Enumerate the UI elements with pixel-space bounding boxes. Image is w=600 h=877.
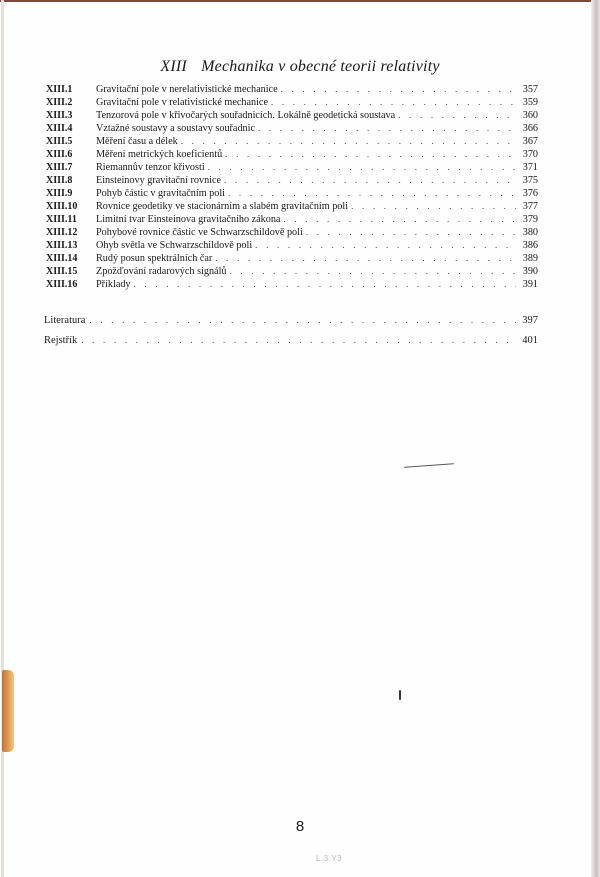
dot-leader: . . . . . . . . . . . . . . . . . . . . … bbox=[230, 265, 517, 278]
section-number: XIII.10 bbox=[46, 200, 96, 213]
dot-leader: . . . . . . . . . . . . . . . . . . . . … bbox=[258, 122, 516, 135]
toc-entry[interactable]: XIII.10Rovnice geodetiky ve stacionárním… bbox=[46, 200, 538, 213]
toc-entry[interactable]: XIII.15Zpožďování radarových signálů. . … bbox=[46, 265, 538, 278]
entry-page-number: 391 bbox=[516, 278, 538, 291]
toc-entry[interactable]: XIII.4Vztažné soustavy a soustavy souřad… bbox=[46, 122, 538, 135]
entry-title: Zpožďování radarových signálů bbox=[96, 265, 230, 278]
entry-page-number: 390 bbox=[516, 265, 538, 278]
section-number: XIII.12 bbox=[46, 226, 96, 239]
toc-entry[interactable]: XIII.14Rudý posun spektrálních čar. . . … bbox=[46, 252, 538, 265]
dot-leader: . . . . . . . . . . . . . . . . . . . . … bbox=[281, 83, 516, 96]
entry-title: Limitní tvar Einsteinova gravitačního zá… bbox=[96, 213, 283, 226]
toc-entry[interactable]: XIII.2Gravitační pole v relativistické m… bbox=[46, 96, 538, 109]
back-matter-entry[interactable]: Rejstřík. . . . . . . . . . . . . . . . … bbox=[44, 330, 538, 350]
chapter-number: XIII bbox=[160, 58, 187, 75]
library-stamp: L.3.Y3 bbox=[316, 854, 342, 863]
entry-title: Gravitační pole v relativistické mechani… bbox=[96, 96, 271, 109]
dot-leader: . . . . . . . . . . . . . . . . . . . . … bbox=[271, 96, 516, 109]
section-number: XIII.1 bbox=[46, 83, 96, 96]
toc-entry[interactable]: XIII.8Einsteinovy gravitační rovnice. . … bbox=[46, 174, 538, 187]
toc-entry[interactable]: XIII.13Ohyb světla ve Schwarzschildově p… bbox=[46, 239, 538, 252]
book-page: XIII Mechanika v obecné teorii relativit… bbox=[0, 0, 600, 877]
entry-page-number: 370 bbox=[516, 148, 538, 161]
entry-page-number: 357 bbox=[516, 83, 538, 96]
entry-title: Literatura bbox=[44, 311, 89, 331]
entry-page-number: 375 bbox=[516, 174, 538, 187]
chapter-title: Mechanika v obecné teorii relativity bbox=[201, 58, 440, 75]
section-number: XIII.7 bbox=[46, 161, 96, 174]
dot-leader: . . . . . . . . . . . . . . . . . . . . … bbox=[283, 213, 516, 226]
entry-title: Ohyb světla ve Schwarzschildově poli bbox=[96, 239, 255, 252]
dot-leader: . . . . . . . . . . . . . . . . . . . . … bbox=[306, 226, 516, 239]
back-matter-entry[interactable]: Literatura. . . . . . . . . . . . . . . … bbox=[44, 310, 538, 330]
binding-stain bbox=[2, 670, 14, 752]
entry-page-number: 376 bbox=[516, 187, 538, 200]
chapter-heading: XIII Mechanika v obecné teorii relativit… bbox=[0, 58, 600, 76]
entry-title: Rudý posun spektrálních čar bbox=[96, 252, 215, 265]
page-number: 8 bbox=[0, 818, 600, 835]
section-number: XIII.5 bbox=[46, 135, 96, 148]
dot-leader: . . . . . . . . . . . . . . . . . . . . … bbox=[228, 187, 516, 200]
dot-leader: . . . . . . . . . . . . . . . . . . . . … bbox=[255, 239, 516, 252]
section-number: XIII.15 bbox=[46, 265, 96, 278]
entry-page-number: 401 bbox=[516, 331, 538, 351]
toc-entry[interactable]: XIII.11Limitní tvar Einsteinova gravitač… bbox=[46, 213, 538, 226]
entry-page-number: 389 bbox=[516, 252, 538, 265]
dot-leader: . . . . . . . . . . . . . . . . . . . . … bbox=[81, 330, 516, 350]
entry-title: Einsteinovy gravitační rovnice bbox=[96, 174, 224, 187]
toc-entry[interactable]: XIII.9Pohyb částic v gravitačním poli. .… bbox=[46, 187, 538, 200]
entry-title: Příklady bbox=[96, 278, 134, 291]
entry-page-number: 366 bbox=[516, 122, 538, 135]
entry-title: Měření času a délek bbox=[96, 135, 181, 148]
section-number: XIII.8 bbox=[46, 174, 96, 187]
entry-page-number: 379 bbox=[516, 213, 538, 226]
dot-leader: . . . . . . . . . . . . . . . . . . . . … bbox=[215, 252, 516, 265]
entry-title: Měření metrických koeficientů bbox=[96, 148, 225, 161]
toc-entry[interactable]: XIII.1Gravitační pole v nerelativistické… bbox=[46, 83, 538, 96]
entry-title: Rejstřík bbox=[44, 331, 81, 351]
dot-leader: . . . . . . . . . . . . . . . . . . . . … bbox=[225, 148, 516, 161]
entry-page-number: 386 bbox=[516, 239, 538, 252]
dot-leader: . . . . . . . . . . . . . . . . . . . . … bbox=[134, 278, 516, 291]
dot-leader: . . . . . . . . . . . . . . . . . . . . … bbox=[398, 109, 516, 122]
toc-entry[interactable]: XIII.7Riemannův tenzor křivosti. . . . .… bbox=[46, 161, 538, 174]
toc-entry[interactable]: XIII.16Příklady. . . . . . . . . . . . .… bbox=[46, 278, 538, 291]
dot-leader: . . . . . . . . . . . . . . . . . . . . … bbox=[208, 161, 516, 174]
entry-title: Riemannův tenzor křivosti bbox=[96, 161, 208, 174]
section-number: XIII.4 bbox=[46, 122, 96, 135]
section-number: XIII.13 bbox=[46, 239, 96, 252]
entry-title: Pohybové rovnice částic ve Schwarzschild… bbox=[96, 226, 306, 239]
scan-mark bbox=[404, 463, 454, 467]
page-right-edge bbox=[591, 0, 600, 877]
toc-entry[interactable]: XIII.3Tenzorová pole v křivočarých souřa… bbox=[46, 109, 538, 122]
section-number: XIII.2 bbox=[46, 96, 96, 109]
section-number: XIII.6 bbox=[46, 148, 96, 161]
toc-entry[interactable]: XIII.6Měření metrických koeficientů. . .… bbox=[46, 148, 538, 161]
section-number: XIII.16 bbox=[46, 278, 96, 291]
entry-title: Rovnice geodetiky ve stacionárním a slab… bbox=[96, 200, 351, 213]
section-number: XIII.11 bbox=[46, 213, 96, 226]
entry-title: Tenzorová pole v křivočarých souřadnicíc… bbox=[96, 109, 398, 122]
entry-page-number: 360 bbox=[516, 109, 538, 122]
entry-title: Gravitační pole v nerelativistické mecha… bbox=[96, 83, 281, 96]
toc-entry[interactable]: XIII.5Měření času a délek. . . . . . . .… bbox=[46, 135, 538, 148]
dot-leader: . . . . . . . . . . . . . . . . . . . . … bbox=[181, 135, 516, 148]
section-list: XIII.1Gravitační pole v nerelativistické… bbox=[46, 83, 538, 291]
toc-entry[interactable]: XIII.12Pohybové rovnice částic ve Schwar… bbox=[46, 226, 538, 239]
dot-leader: . . . . . . . . . . . . . . . . . . . . … bbox=[224, 174, 516, 187]
section-number: XIII.14 bbox=[46, 252, 96, 265]
entry-title: Vztažné soustavy a soustavy souřadnic bbox=[96, 122, 258, 135]
page-top-edge bbox=[0, 0, 600, 2]
section-number: XIII.3 bbox=[46, 109, 96, 122]
dot-leader: . . . . . . . . . . . . . . . . . . . . … bbox=[351, 200, 516, 213]
entry-page-number: 380 bbox=[516, 226, 538, 239]
back-matter-list: Literatura. . . . . . . . . . . . . . . … bbox=[44, 310, 538, 350]
section-number: XIII.9 bbox=[46, 187, 96, 200]
entry-page-number: 367 bbox=[516, 135, 538, 148]
entry-page-number: 371 bbox=[516, 161, 538, 174]
entry-page-number: 359 bbox=[516, 96, 538, 109]
dot-leader: . . . . . . . . . . . . . . . . . . . . … bbox=[89, 310, 516, 330]
entry-title: Pohyb částic v gravitačním poli bbox=[96, 187, 228, 200]
entry-page-number: 397 bbox=[516, 311, 538, 331]
entry-page-number: 377 bbox=[516, 200, 538, 213]
scan-mark bbox=[399, 690, 401, 700]
